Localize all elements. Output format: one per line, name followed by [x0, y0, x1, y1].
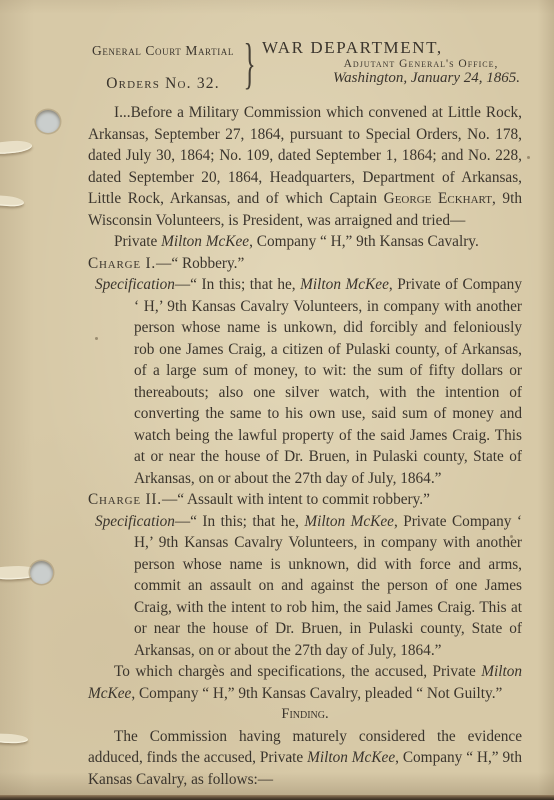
- charge-2-heading: Charge II.—“ Assault with intent to comm…: [88, 489, 522, 511]
- ink-speck: [527, 156, 530, 159]
- dateline: Washington, January 24, 1865.: [262, 70, 522, 87]
- specification-1: Specification—“ In this; that he, Milton…: [88, 274, 522, 489]
- punch-hole: [30, 561, 53, 584]
- plea-paragraph: To which chargès and specifications, the…: [88, 661, 522, 704]
- finding-paragraph: The Commission having maturely considere…: [88, 726, 522, 791]
- scanned-document-page: General Court Martial Orders No. 32. } W…: [0, 0, 554, 800]
- paper-tear: [0, 139, 33, 155]
- document-content: General Court Martial Orders No. 32. } W…: [88, 38, 522, 790]
- arraignment-paragraph: I...Before a Military Commission which c…: [88, 102, 522, 231]
- accused-line: Private Milton McKee, Company “ H,” 9th …: [88, 231, 522, 253]
- page-bottom-edge: [0, 795, 554, 800]
- order-number-label: Orders No. 32.: [88, 75, 238, 93]
- document-body: I...Before a Military Commission which c…: [88, 102, 522, 790]
- document-header: General Court Martial Orders No. 32. } W…: [88, 38, 522, 93]
- office-subtitle: Adjutant General's Office,: [262, 58, 522, 70]
- finding-heading: Finding.: [88, 704, 522, 726]
- department-block: WAR DEPARTMENT, Adjutant General's Offic…: [258, 38, 522, 93]
- paper-tear: [0, 733, 28, 743]
- order-type-label: General Court Martial: [88, 43, 238, 59]
- paper-tear: [0, 195, 24, 207]
- charge-1-heading: Charge I.—“ Robbery.”: [88, 253, 522, 275]
- department-title: WAR DEPARTMENT,: [262, 38, 522, 58]
- specification-2: Specification—“ In this; that he, Milton…: [88, 511, 522, 662]
- order-title-block: General Court Martial Orders No. 32.: [88, 38, 238, 93]
- punch-hole: [36, 110, 60, 133]
- header-brace-glyph: }: [244, 38, 253, 93]
